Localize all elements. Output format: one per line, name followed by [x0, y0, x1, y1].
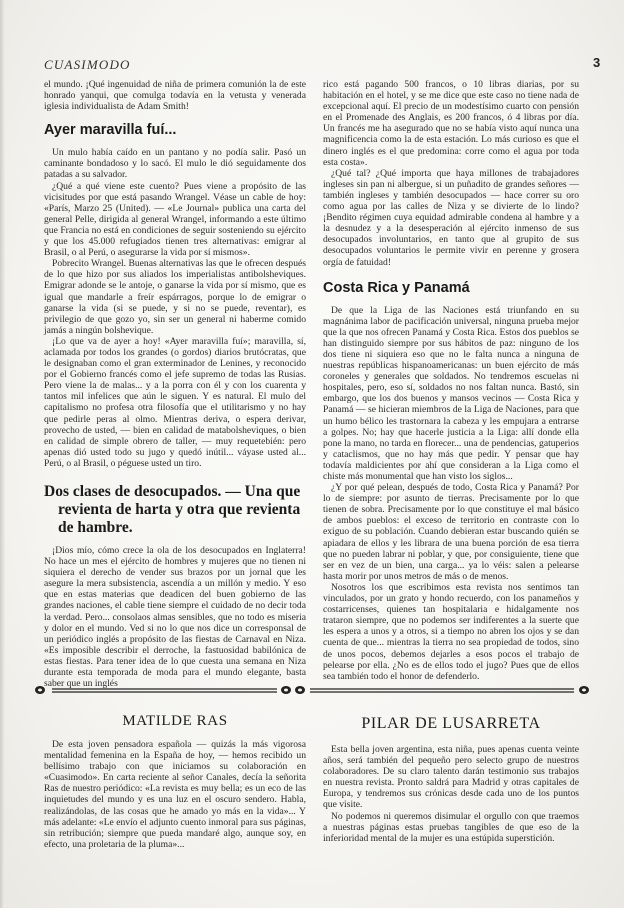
paragraph: ¿Qué tal? ¿Qué importa que haya millones… [323, 168, 579, 268]
bio-title-pilar-de-lusarreta: PILAR DE LUSARRETA [323, 715, 579, 733]
paragraph: Pobrecito Wrangel. Buenas alternativas l… [44, 258, 306, 336]
paragraph: Nosotros los que escribimos esta revista… [323, 582, 579, 682]
left-column: el mundo. ¡Qué ingenuidad de niña de pri… [44, 79, 306, 689]
paragraph: Esta bella joven argentina, esta niña, p… [323, 744, 579, 811]
bio-matilde-ras: De esta joven pensadora española — quizá… [44, 739, 306, 850]
paragraph: ¡Lo que va de ayer a hoy! «Ayer maravill… [44, 336, 306, 469]
paragraph: No podemos ni queremos disimular el orgu… [323, 811, 579, 844]
paragraph: ¿Y por qué pelean, después de todo, Cost… [323, 482, 579, 582]
bio-title-matilde-ras: MATILDE RAS [44, 713, 306, 730]
paragraph: De que la Liga de las Naciones está triu… [323, 305, 579, 483]
page-number: 3 [593, 55, 600, 70]
paragraph: ¡Dios mío, cómo crece la ola de los deso… [44, 545, 306, 689]
section-title-ayer-maravilla: Ayer maravilla fuí... [44, 122, 306, 139]
page-spine-edge [0, 0, 5, 908]
paragraph: De esta joven pensadora española — quizá… [44, 739, 306, 850]
running-head: CUASIMODO [44, 57, 131, 73]
right-column: rico está pagando 500 francos, o 10 libr… [323, 79, 579, 682]
magazine-page: CUASIMODO 3 el mundo. ¡Qué ingenuidad de… [0, 0, 624, 908]
paragraph: Un mulo había caído en un pantano y no p… [44, 147, 306, 180]
ornamental-divider [34, 683, 590, 697]
paragraph: ¿Qué a qué viene este cuento? Pues viene… [44, 181, 306, 259]
section-title-costa-rica: Costa Rica y Panamá [323, 280, 579, 297]
section-title-dos-clases: Dos clases de desocupados. — Una que rev… [44, 483, 306, 537]
bio-pilar-de-lusarreta: Esta bella joven argentina, esta niña, p… [323, 744, 579, 844]
intro-paragraph: el mundo. ¡Qué ingenuidad de niña de pri… [44, 79, 306, 112]
paragraph: rico está pagando 500 francos, o 10 libr… [323, 79, 579, 168]
